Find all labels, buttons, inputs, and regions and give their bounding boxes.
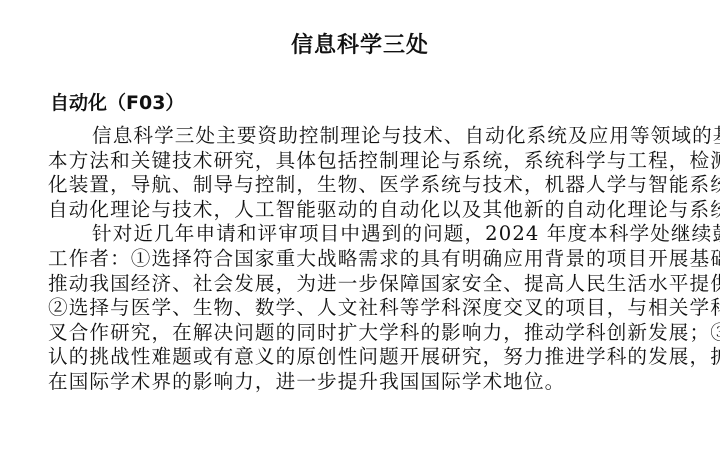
page-title: 信息科学三处 xyxy=(0,28,720,59)
paragraph-2-line-5: 叉合作研究，在解决问题的同时扩大学科的影响力，推动学科创新发展；③选择国际公 xyxy=(48,321,708,346)
paragraph-1-line-2: 本方法和关键技术研究，具体包括控制理论与系统，系统科学与工程，检测技术与自动 xyxy=(48,149,708,174)
paragraph-2-line-3: 推动我国经济、社会发展，为进一步保障国家安全、提高人民生活水平提供科技支撑； xyxy=(48,272,708,297)
paragraph-2-line-6: 认的挑战性难题或有意义的原创性问题开展研究，努力推进学科的发展，扩大我国学者 xyxy=(48,345,708,370)
paragraph-2-line-4: ②选择与医学、生物、数学、人文社科等学科深度交叉的项目，与相关学科人员开展交 xyxy=(48,296,708,321)
paragraph-2-line-2: 工作者：①选择符合国家重大战略需求的具有明确应用背景的项目开展基础性研究，为 xyxy=(48,247,708,272)
paragraph-2-line-7: 在国际学术界的影响力，进一步提升我国国际学术地位。 xyxy=(48,370,708,395)
paragraph-1-line-4: 自动化理论与技术，人工智能驱动的自动化以及其他新的自动化理论与系统等。 xyxy=(48,198,708,223)
paragraph-2-line-1: 针对近几年申请和评审项目中遇到的问题，2024 年度本科学处继续鼓励广大科技 xyxy=(48,222,708,247)
body-text: 信息科学三处主要资助控制理论与技术、自动化系统及应用等领域的基础理论、基 本方法… xyxy=(48,124,708,395)
paragraph-1-line-1: 信息科学三处主要资助控制理论与技术、自动化系统及应用等领域的基础理论、基 xyxy=(48,124,708,149)
paragraph-1-line-3: 化装置，导航、制导与控制，生物、医学系统与技术，机器人学与智能系统，智能制造 xyxy=(48,173,708,198)
section-heading: 自动化（F03） xyxy=(50,88,184,115)
